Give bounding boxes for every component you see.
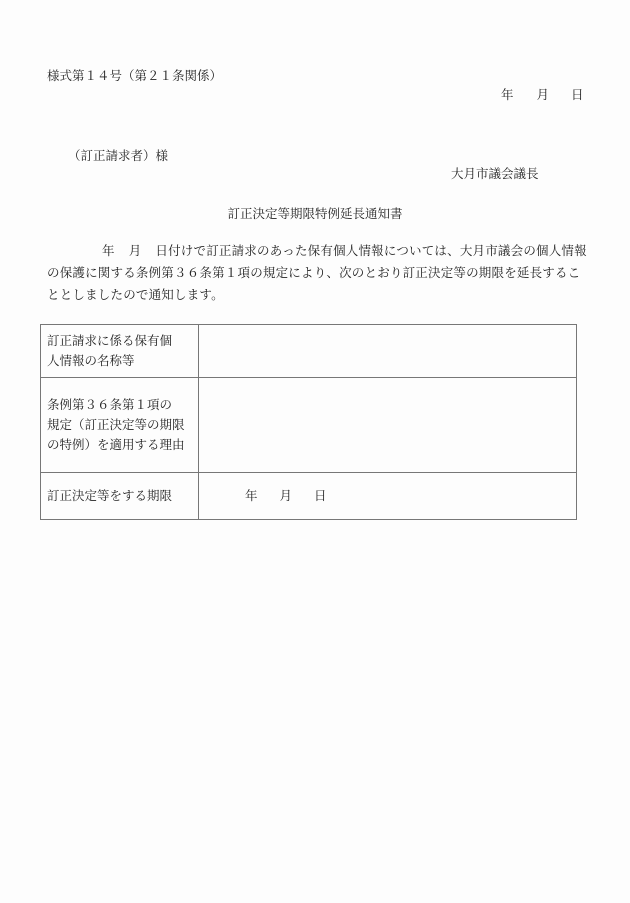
date-month: 月 (537, 85, 550, 103)
body-date-year: 年 (102, 243, 115, 258)
sender: 大月市議会議長 (451, 164, 539, 182)
deadline-year: 年 (245, 486, 258, 506)
label-line: 規定（訂正決定等の期限 (47, 415, 192, 435)
table-row-deadline: 訂正決定等をする期限 年月日 (41, 473, 577, 520)
table-row-reason: 条例第３６条第１項の 規定（訂正決定等の期限 の特例）を適用する理由 (41, 378, 577, 473)
label-line: 訂正決定等をする期限 (47, 486, 192, 506)
table-row-info-name: 訂正請求に係る保有個 人情報の名称等 (41, 325, 577, 378)
value-deadline[interactable]: 年月日 (199, 473, 577, 520)
value-info-name[interactable] (199, 325, 577, 378)
document-date: 年月日 (501, 85, 584, 103)
form-number: 様式第１４号（第２１条関係） (47, 66, 222, 84)
value-reason[interactable] (199, 378, 577, 473)
label-line: の特例）を適用する理由 (47, 435, 192, 455)
date-year: 年 (501, 85, 514, 103)
label-line: 訂正請求に係る保有個 (47, 331, 192, 351)
label-deadline: 訂正決定等をする期限 (41, 473, 199, 520)
date-day: 日 (571, 85, 584, 103)
label-line: 条例第３６条第１項の (47, 395, 192, 415)
label-info-name: 訂正請求に係る保有個 人情報の名称等 (41, 325, 199, 378)
info-table: 訂正請求に係る保有個 人情報の名称等 条例第３６条第１項の 規定（訂正決定等の期… (40, 324, 577, 520)
deadline-day: 日 (314, 486, 327, 506)
body-date-day: 日 (155, 243, 168, 258)
document-title: 訂正決定等期限特例延長通知書 (0, 204, 630, 222)
body-date-month: 月 (129, 243, 142, 258)
label-line: 人情報の名称等 (47, 351, 192, 371)
deadline-month: 月 (280, 486, 293, 506)
addressee: （訂正請求者）様 (68, 146, 168, 164)
body-text: 年月日付けで訂正請求のあった保有個人情報については、大月市議会の個人情報の保護に… (47, 240, 587, 306)
label-reason: 条例第３６条第１項の 規定（訂正決定等の期限 の特例）を適用する理由 (41, 378, 199, 473)
